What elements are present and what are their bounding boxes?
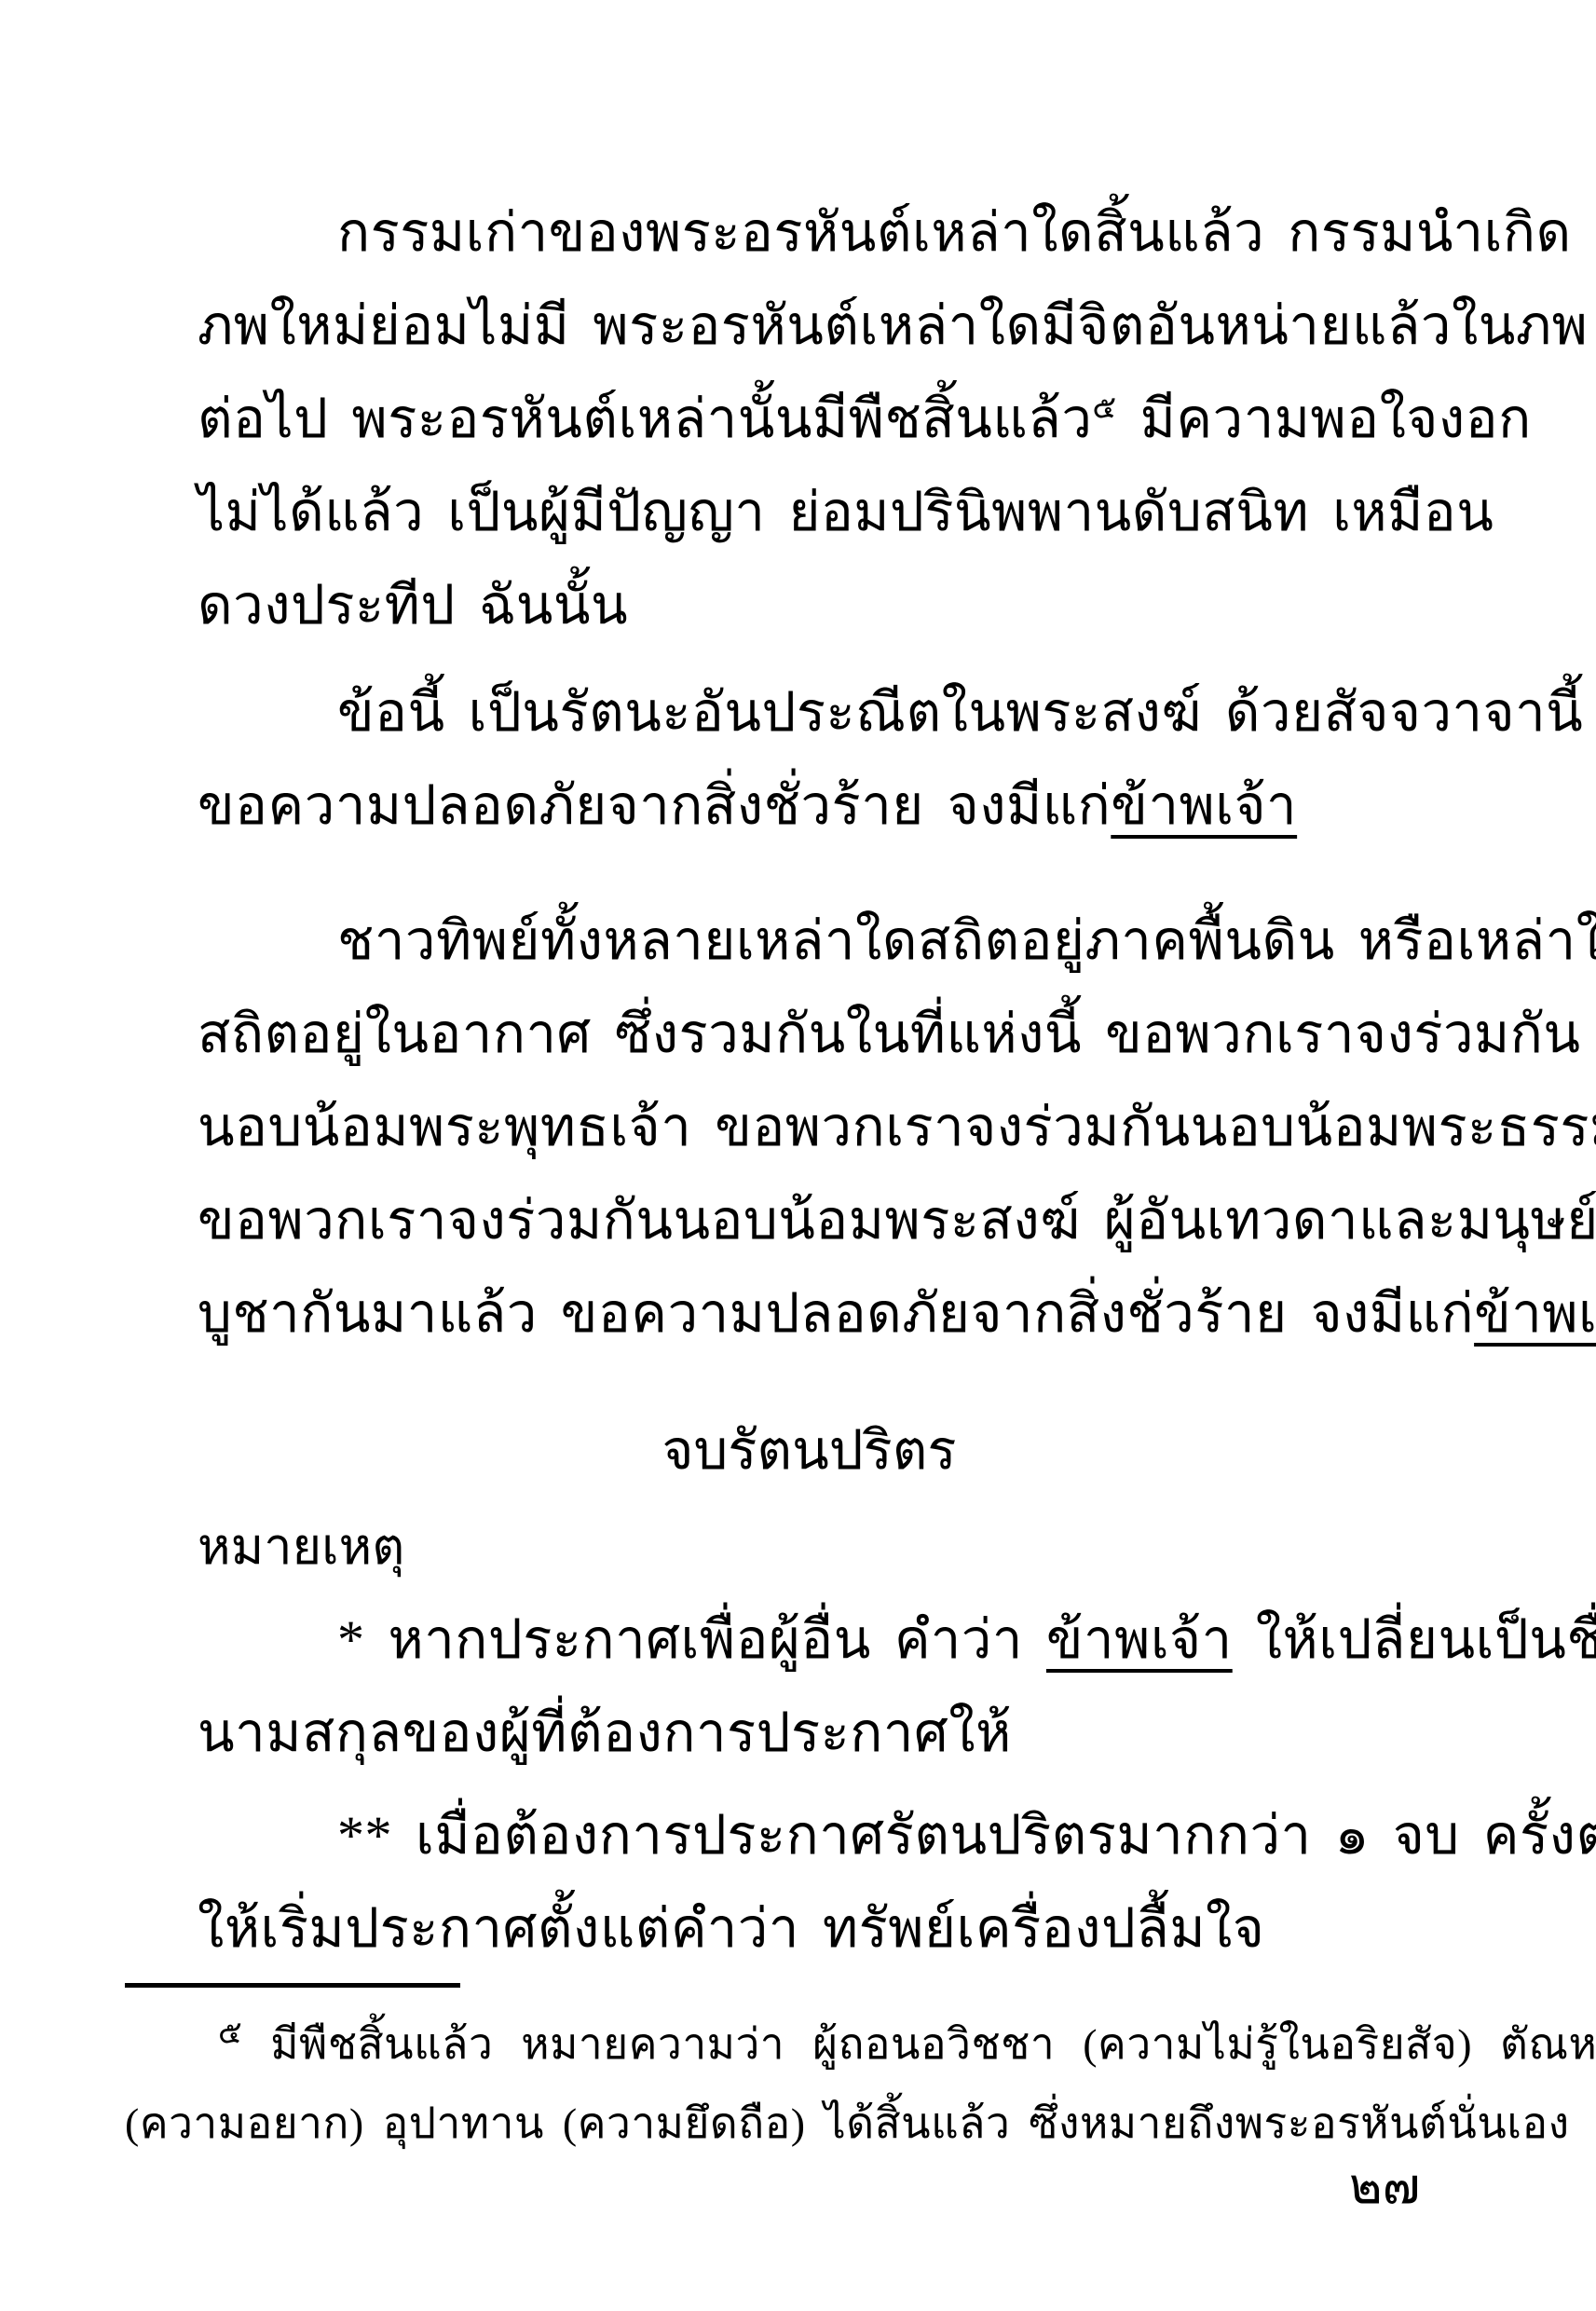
body-paragraph-3: ชาวทิพย์ทั้งหลายเหล่าใดสถิตอยู่ภาคพื้นดิ…: [198, 895, 1421, 1361]
line-text: มีความพอใจงอก: [1117, 389, 1532, 449]
footnote-text: มีพืชสิ้นแล้ว หมายความว่า ผู้ถอนอวิชชา (…: [242, 2020, 1596, 2068]
note-line: นามสกุลของผู้ที่ต้องการประกาศให้: [198, 1687, 1421, 1780]
line-text: ให้เปลี่ยนเป็นชื่อ: [1233, 1609, 1596, 1670]
line-text: * หากประกาศเพื่อผู้อื่น คำว่า: [337, 1609, 1046, 1670]
document-page: กรรมเก่าของพระอรหันต์เหล่าใดสิ้นแล้ว กรร…: [0, 0, 1596, 2311]
footnote-line: ๕ มีพืชสิ้นแล้ว หมายความว่า ผู้ถอนอวิชชา…: [125, 2004, 1421, 2084]
paragraph-line: ดวงประทีป ฉันนั้น: [198, 559, 1421, 652]
underlined-word: ข้าพเจ้า: [1046, 1609, 1233, 1670]
paragraph-line: สถิตอยู่ในอากาศ ซึ่งรวมกันในที่แห่งนี้ ข…: [198, 988, 1421, 1081]
note-line: ให้เริ่มประกาศตั้งแต่คำว่า ทรัพย์เครื่อง…: [198, 1882, 1421, 1976]
footnote-reference-mark: ๕: [1092, 391, 1116, 426]
page-number: ๒๗: [1349, 2158, 1420, 2214]
line-text: ขอความปลอดภัยจากสิ่งชั่วร้าย จงมีแก่: [198, 775, 1111, 836]
underlined-word: ข้าพเจ้า: [1474, 1283, 1596, 1344]
footnote-separator-rule: [125, 1983, 460, 1988]
paragraph-line: กรรมเก่าของพระอรหันต์เหล่าใดสิ้นแล้ว กรร…: [198, 186, 1421, 280]
paragraph-line: ข้อนี้ เป็นรัตนะอันประณีตในพระสงฆ์ ด้วยส…: [198, 666, 1421, 759]
footnote-marker: ๕: [218, 2017, 242, 2051]
note-1: * หากประกาศเพื่อผู้อื่น คำว่า ข้าพเจ้า ใ…: [198, 1593, 1421, 1780]
body-paragraph-1: กรรมเก่าของพระอรหันต์เหล่าใดสิ้นแล้ว กรร…: [198, 186, 1421, 652]
line-text: บูชากันมาแล้ว ขอความปลอดภัยจากสิ่งชั่วร้…: [198, 1283, 1474, 1344]
page-content: กรรมเก่าของพระอรหันต์เหล่าใดสิ้นแล้ว กรร…: [198, 186, 1421, 2163]
underlined-word: ข้าพเจ้า: [1111, 775, 1297, 836]
footnote-area: ๕ มีพืชสิ้นแล้ว หมายความว่า ผู้ถอนอวิชชา…: [125, 1983, 1421, 2163]
paragraph-line: ไม่ได้แล้ว เป็นผู้มีปัญญา ย่อมปรินิพพานด…: [198, 466, 1421, 559]
notes-header: หมายเหตุ: [198, 1500, 1421, 1593]
paragraph-line: บูชากันมาแล้ว ขอความปลอดภัยจากสิ่งชั่วร้…: [198, 1267, 1421, 1361]
note-2: ** เมื่อต้องการประกาศรัตนปริตรมากกว่า ๑ …: [198, 1789, 1421, 1976]
section-end-heading: จบรัตนปริตร: [198, 1404, 1421, 1497]
paragraph-line: ขอความปลอดภัยจากสิ่งชั่วร้าย จงมีแก่ข้าพ…: [198, 759, 1421, 853]
paragraph-line: นอบน้อมพระพุทธเจ้า ขอพวกเราจงร่วมกันนอบน…: [198, 1081, 1421, 1174]
note-line: * หากประกาศเพื่อผู้อื่น คำว่า ข้าพเจ้า ใ…: [198, 1593, 1421, 1687]
paragraph-line: ต่อไป พระอรหันต์เหล่านั้นมีพืชสิ้นแล้ว๕ …: [198, 373, 1421, 466]
body-paragraph-2: ข้อนี้ เป็นรัตนะอันประณีตในพระสงฆ์ ด้วยส…: [198, 666, 1421, 853]
footnote-line: (ความอยาก) อุปาทาน (ความยึดถือ) ได้สิ้นแ…: [125, 2084, 1421, 2163]
note-line: ** เมื่อต้องการประกาศรัตนปริตรมากกว่า ๑ …: [198, 1789, 1421, 1882]
line-text: ต่อไป พระอรหันต์เหล่านั้นมีพืชสิ้นแล้ว: [198, 389, 1092, 449]
paragraph-line: ขอพวกเราจงร่วมกันนอบน้อมพระสงฆ์ ผู้อันเท…: [198, 1174, 1421, 1267]
paragraph-line: ภพใหม่ย่อมไม่มี พระอรหันต์เหล่าใดมีจิตอั…: [198, 280, 1421, 373]
paragraph-line: ชาวทิพย์ทั้งหลายเหล่าใดสถิตอยู่ภาคพื้นดิ…: [198, 895, 1421, 988]
